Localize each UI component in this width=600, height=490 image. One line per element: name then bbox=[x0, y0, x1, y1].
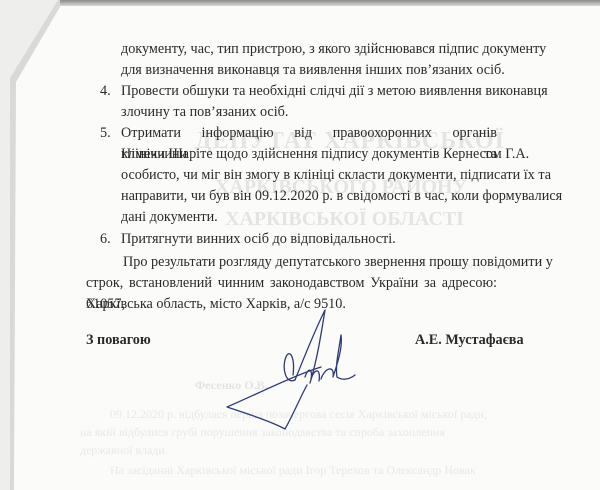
item-4-number: 4. bbox=[100, 81, 111, 102]
signature-icon bbox=[225, 305, 385, 435]
item-5-line-2: клініки Шаріте щодо здійснення підпису д… bbox=[121, 144, 529, 165]
page-top-edge bbox=[60, 0, 600, 6]
closing-line-1: Про результати розгляду депутатського зв… bbox=[123, 252, 553, 273]
item-4-line-2: злочину та пов’язаних осіб. bbox=[121, 102, 288, 123]
salutation: З повагою bbox=[86, 330, 151, 351]
bleed-p3: державної влади. bbox=[80, 443, 168, 458]
item-5-line-4: направити, чи був він 09.12.2020 р. в св… bbox=[121, 186, 562, 207]
bleed-heading-3: ХАРКІВСЬКОЇ ОБЛАСТІ bbox=[225, 208, 464, 231]
item-4-line-1: Провести обшуки та необхідні слідчі дії … bbox=[121, 81, 548, 102]
continuation-line-2: для визначення виконавця та виявлення ін… bbox=[121, 60, 505, 81]
item-6-line-1: Притягнути винних осіб до відповідальнос… bbox=[121, 229, 396, 250]
item-5-line-5: дані документи. bbox=[121, 207, 218, 228]
item-5-number: 5. bbox=[100, 123, 111, 144]
signatory-name: А.Е. Мустафаєва bbox=[415, 330, 524, 351]
bleed-p4: На засіданні Харківської міської ради Іг… bbox=[110, 463, 476, 478]
item-6-number: 6. bbox=[100, 229, 111, 250]
item-5-line-3: особисто, чи міг він змогу в клініці скл… bbox=[121, 165, 551, 186]
continuation-line-1: документу, час, тип пристрою, з якого зд… bbox=[121, 39, 546, 60]
